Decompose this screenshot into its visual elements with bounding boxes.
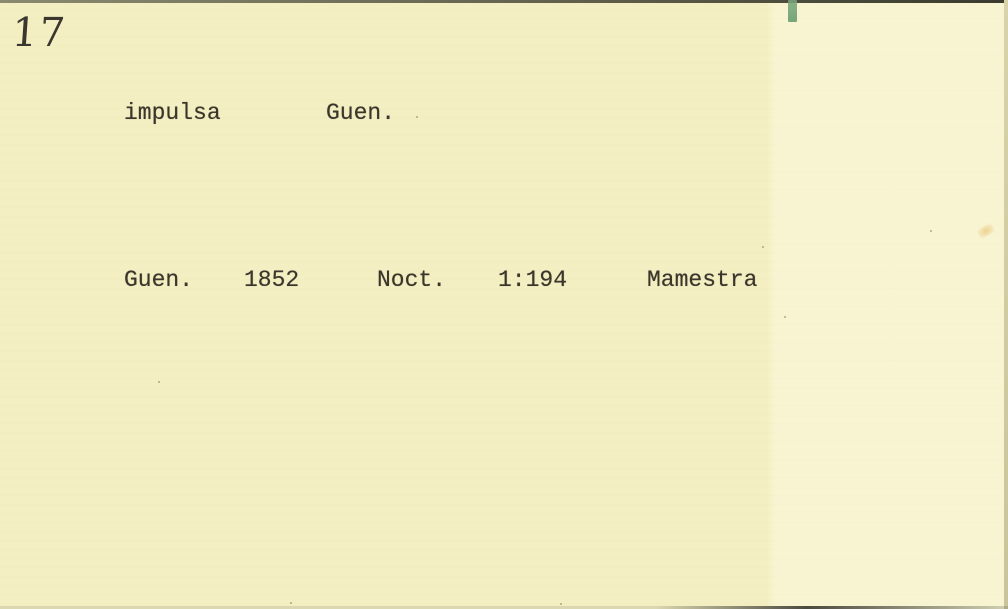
original-genus: Mamestra	[647, 267, 757, 293]
green-tab-marker	[788, 0, 797, 22]
species-name: impulsa	[124, 100, 221, 126]
reference-year: 1852	[244, 267, 299, 293]
reference-author: Guen.	[124, 267, 193, 293]
paper-stain	[977, 223, 996, 240]
paper-speck	[930, 230, 932, 232]
paper-speck	[762, 246, 764, 248]
card-right-edge	[1004, 0, 1008, 609]
card-top-edge	[0, 0, 1008, 3]
paper-speck	[784, 316, 786, 318]
paper-speck	[158, 381, 160, 383]
handwritten-card-number: 17	[10, 10, 68, 56]
reference-work: Noct.	[377, 267, 446, 293]
paper-speck	[290, 602, 292, 604]
index-card: 17 impulsa Guen. Guen. 1852 Noct. 1:194 …	[0, 0, 1008, 609]
species-author: Guen.	[326, 100, 395, 126]
paper-speck	[560, 603, 562, 605]
reference-volume-page: 1:194	[498, 267, 567, 293]
paper-speck	[416, 116, 418, 118]
